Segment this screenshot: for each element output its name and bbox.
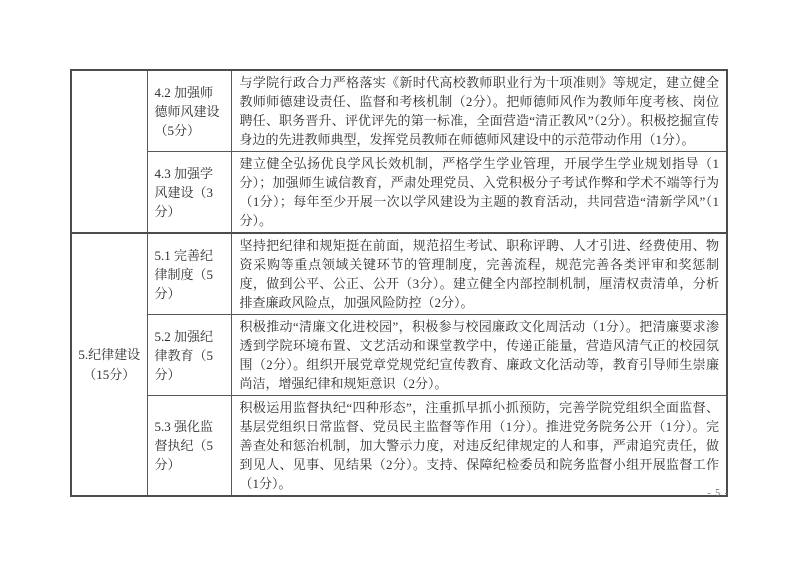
table-row: 5.2 加强纪律教育（5分） 积极推动“清廉文化进校园”，积极参与校园廉政文化周… xyxy=(71,315,727,396)
item-label-5-2: 5.2 加强纪律教育（5分） xyxy=(147,315,231,396)
category-cell-group5: 5.纪律建设（15分） xyxy=(71,233,147,496)
criteria-text-5-1: 坚持把纪律和规矩挺在前面，规范招生考试、职称评聘、人才引进、经费使用、物资采购等… xyxy=(231,233,727,315)
item-label-5-3: 5.3 强化监督执纪（5分） xyxy=(147,396,231,497)
criteria-text-5-3: 积极运用监督执纪“四种形态”，注重抓早抓小抓预防，完善学院党组织全面监督、基层党… xyxy=(231,396,727,497)
page-number: - 5 - xyxy=(707,488,729,499)
item-label-4-2: 4.2 加强师德师风建设（5分） xyxy=(147,70,231,152)
category-cell-group4 xyxy=(71,70,147,233)
criteria-text-4-2: 与学院行政合力严格落实《新时代高校教师职业行为十项准则》等规定，建立健全教师师德… xyxy=(231,70,727,152)
table-row: 5.3 强化监督执纪（5分） 积极运用监督执纪“四种形态”，注重抓早抓小抓预防，… xyxy=(71,396,727,497)
criteria-text-5-2: 积极推动“清廉文化进校园”，积极参与校园廉政文化周活动（1分）。把清廉要求渗透到… xyxy=(231,315,727,396)
item-label-4-3: 4.3 加强学风建设（3分） xyxy=(147,152,231,234)
table-row: 4.3 加强学风建设（3分） 建立健全弘扬优良学风长效机制，严格学生学业管理，开… xyxy=(71,152,727,234)
item-label-5-1: 5.1 完善纪律制度（5分） xyxy=(147,233,231,315)
criteria-text-4-3: 建立健全弘扬优良学风长效机制，严格学生学业管理，开展学生学业规划指导（1分）；加… xyxy=(231,152,727,234)
table-row: 5.纪律建设（15分） 5.1 完善纪律制度（5分） 坚持把纪律和规矩挺在前面，… xyxy=(71,233,727,315)
table-row: 4.2 加强师德师风建设（5分） 与学院行政合力严格落实《新时代高校教师职业行为… xyxy=(71,70,727,152)
evaluation-table: 4.2 加强师德师风建设（5分） 与学院行政合力严格落实《新时代高校教师职业行为… xyxy=(70,69,728,497)
document-page: 4.2 加强师德师风建设（5分） 与学院行政合力严格落实《新时代高校教师职业行为… xyxy=(0,0,799,565)
